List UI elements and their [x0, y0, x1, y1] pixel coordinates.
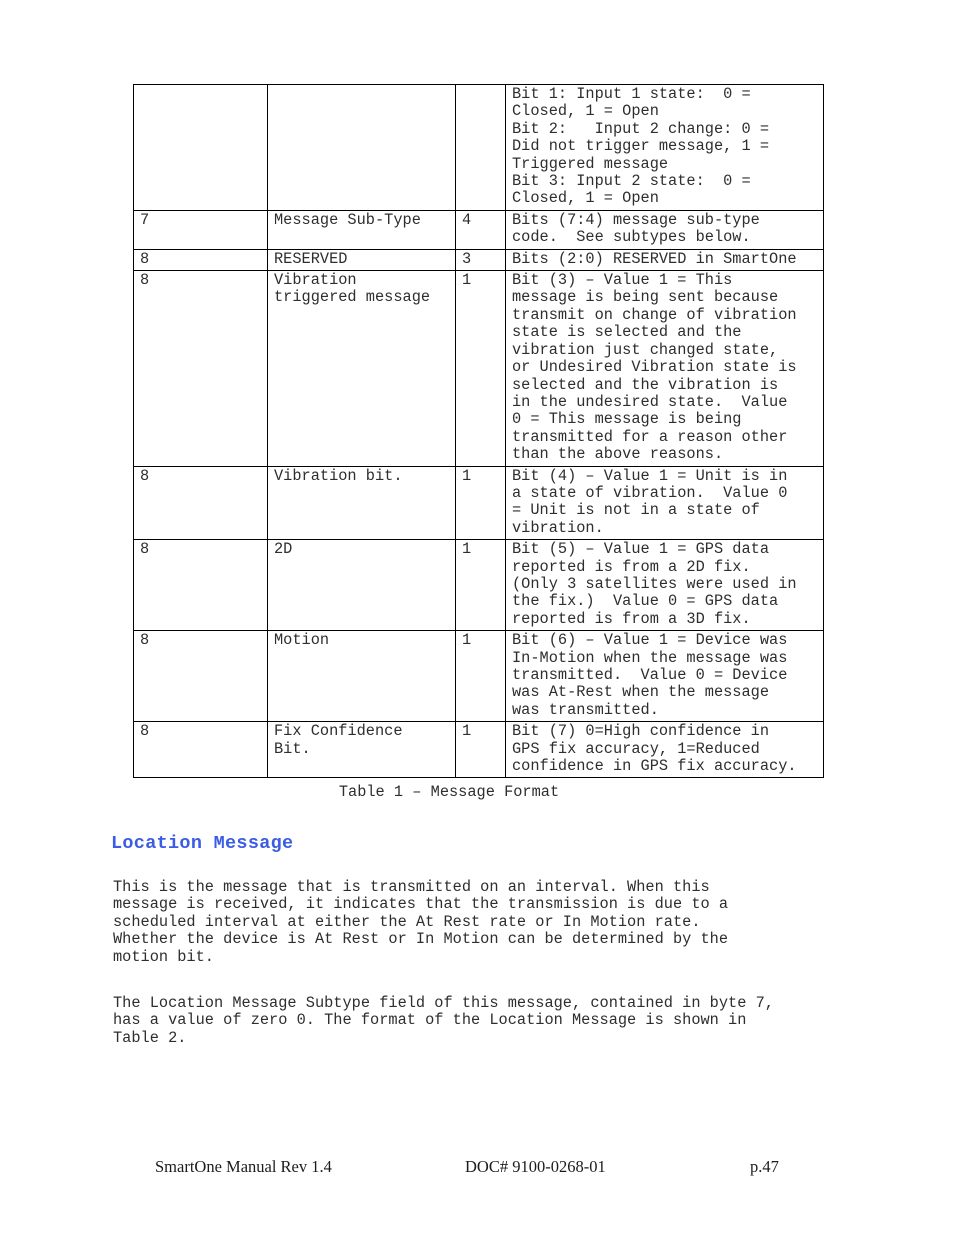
table-row: Bit 1: Input 1 state: 0 = Closed, 1 = Op…: [134, 85, 824, 211]
cell-byte: 8: [134, 540, 268, 631]
cell-description: Bit (3) – Value 1 = This message is bein…: [506, 271, 824, 466]
section-heading: Location Message: [111, 835, 293, 852]
cell-field: Vibration triggered message: [268, 271, 456, 466]
message-format-table: Bit 1: Input 1 state: 0 = Closed, 1 = Op…: [133, 84, 824, 778]
cell-field: Fix Confidence Bit.: [268, 722, 456, 778]
cell-description: Bits (2:0) RESERVED in SmartOne: [506, 249, 824, 270]
table-caption: Table 1 – Message Format: [113, 784, 785, 801]
cell-byte: [134, 85, 268, 211]
footer-page-number: p.47: [750, 1158, 779, 1175]
cell-size: 1: [456, 271, 506, 466]
paragraph-subtype-field: The Location Message Subtype field of th…: [113, 995, 774, 1047]
table-row: 8 Motion 1 Bit (6) – Value 1 = Device wa…: [134, 631, 824, 722]
table-row: 8 Fix Confidence Bit. 1 Bit (7) 0=High c…: [134, 722, 824, 778]
footer-doc-number: DOC# 9100-0268-01: [465, 1158, 606, 1175]
paragraph-interval-message: This is the message that is transmitted …: [113, 879, 728, 966]
cell-size: 1: [456, 631, 506, 722]
cell-field: Vibration bit.: [268, 466, 456, 540]
page-footer: SmartOne Manual Rev 1.4 DOC# 9100-0268-0…: [0, 1158, 954, 1182]
cell-size: 3: [456, 249, 506, 270]
cell-description: Bit 1: Input 1 state: 0 = Closed, 1 = Op…: [506, 85, 824, 211]
cell-field: 2D: [268, 540, 456, 631]
cell-size: 4: [456, 210, 506, 249]
cell-byte: 8: [134, 466, 268, 540]
footer-document-title: SmartOne Manual Rev 1.4: [155, 1158, 332, 1175]
cell-byte: 8: [134, 249, 268, 270]
cell-size: [456, 85, 506, 211]
cell-description: Bit (7) 0=High confidence in GPS fix acc…: [506, 722, 824, 778]
document-page: Bit 1: Input 1 state: 0 = Closed, 1 = Op…: [0, 0, 954, 1235]
cell-byte: 8: [134, 722, 268, 778]
cell-byte: 8: [134, 631, 268, 722]
cell-byte: 7: [134, 210, 268, 249]
table-row: 8 2D 1 Bit (5) – Value 1 = GPS data repo…: [134, 540, 824, 631]
cell-description: Bit (5) – Value 1 = GPS data reported is…: [506, 540, 824, 631]
cell-description: Bit (6) – Value 1 = Device was In-Motion…: [506, 631, 824, 722]
cell-description: Bit (4) – Value 1 = Unit is in a state o…: [506, 466, 824, 540]
cell-field: Message Sub-Type: [268, 210, 456, 249]
table-row: 8 RESERVED 3 Bits (2:0) RESERVED in Smar…: [134, 249, 824, 270]
cell-size: 1: [456, 722, 506, 778]
cell-size: 1: [456, 466, 506, 540]
table-row: 8 Vibration bit. 1 Bit (4) – Value 1 = U…: [134, 466, 824, 540]
table-row: 7 Message Sub-Type 4 Bits (7:4) message …: [134, 210, 824, 249]
cell-description: Bits (7:4) message sub-type code. See su…: [506, 210, 824, 249]
cell-byte: 8: [134, 271, 268, 466]
cell-field: Motion: [268, 631, 456, 722]
cell-field: RESERVED: [268, 249, 456, 270]
cell-field: [268, 85, 456, 211]
cell-size: 1: [456, 540, 506, 631]
table-row: 8 Vibration triggered message 1 Bit (3) …: [134, 271, 824, 466]
